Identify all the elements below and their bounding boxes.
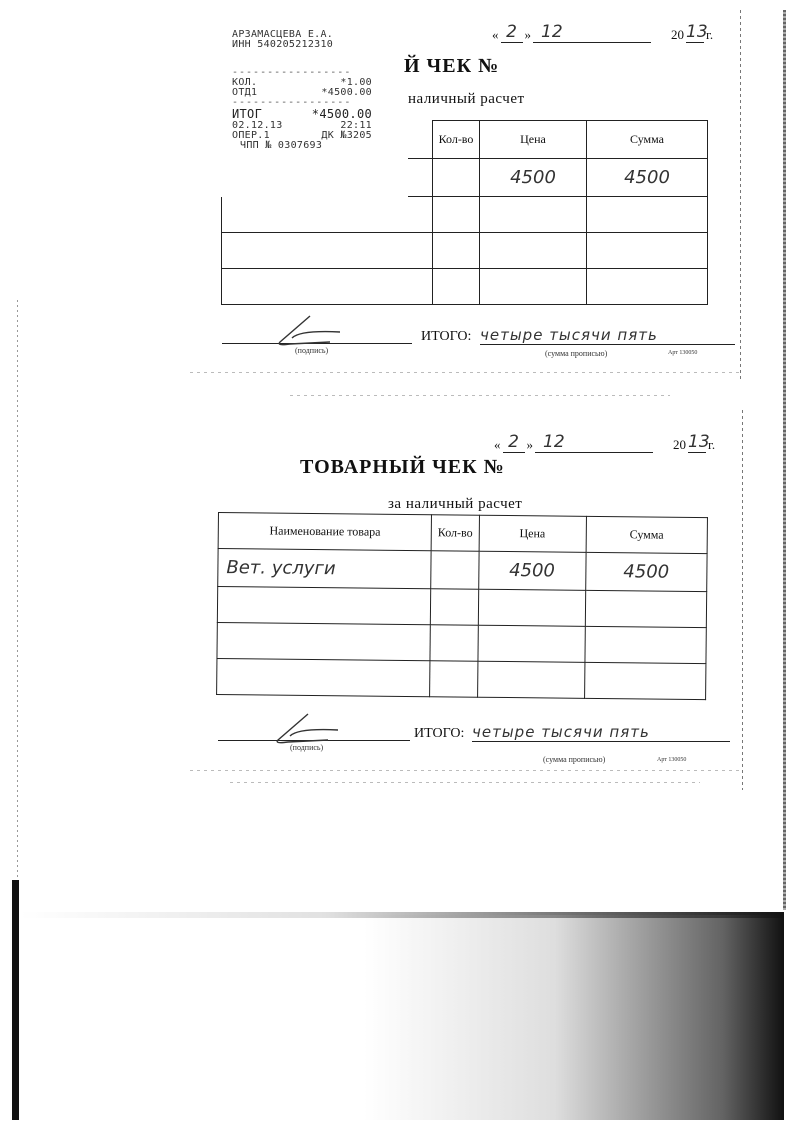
cash-register-slip: АРЗАМАСЦЕВА Е.А. ИНН 540205212310 ------… bbox=[232, 30, 372, 151]
date-month: 12 bbox=[535, 432, 653, 453]
form-code: Арт 130050 bbox=[668, 350, 697, 356]
total-in-words: четыре тысячи пять bbox=[472, 723, 730, 742]
signature-label: (подпись) bbox=[290, 743, 323, 752]
total-label: ИТОГО: bbox=[421, 329, 471, 345]
cut-line bbox=[190, 372, 740, 373]
receipt-2-title: ТОВАРНЫЙ ЧЕК № bbox=[300, 456, 505, 479]
cut-line bbox=[190, 770, 740, 771]
dept-row: ОТД1 *4500.00 bbox=[232, 88, 372, 98]
table-header: Кол-во Цена Сумма bbox=[408, 121, 708, 159]
seller-inn: ИНН 540205212310 bbox=[232, 40, 372, 50]
receipt-2-table: Наименование товара Кол-во Цена Сумма Ве… bbox=[216, 512, 708, 700]
signature-label: (подпись) bbox=[295, 346, 328, 355]
signature-mark bbox=[268, 710, 348, 746]
table-row bbox=[222, 233, 708, 269]
table-row bbox=[217, 622, 706, 663]
receipt-2-date: « 2 » 12 20 13 г. bbox=[494, 432, 715, 453]
receipt-1-table-lower bbox=[221, 196, 708, 305]
table-row: 4500 4500 bbox=[408, 159, 708, 197]
receipt-2-subtitle: за наличный расчет bbox=[388, 496, 522, 513]
scan-edge-lower-sheet bbox=[742, 410, 743, 790]
cut-line bbox=[290, 395, 670, 396]
eklz-number: ЧПП № 0307693 bbox=[232, 141, 372, 151]
table-header: Наименование товара Кол-во Цена Сумма bbox=[218, 513, 707, 554]
date-day: 2 bbox=[501, 22, 523, 43]
total-in-words: четыре тысячи пять bbox=[480, 326, 735, 345]
table-row bbox=[217, 658, 706, 699]
scan-edge-upper-sheet bbox=[740, 10, 741, 380]
receipt-1-table: Кол-во Цена Сумма 4500 4500 bbox=[408, 120, 708, 197]
cut-line bbox=[230, 782, 700, 783]
table-row bbox=[222, 197, 708, 233]
total-in-words-label: (сумма прописью) bbox=[545, 349, 607, 358]
scan-shadow-bottom bbox=[20, 915, 784, 1120]
scan-shadow-left bbox=[12, 880, 19, 1120]
receipt-1-title: Й ЧЕК № bbox=[404, 55, 499, 78]
date-month: 12 bbox=[533, 22, 651, 43]
total-label: ИТОГО: bbox=[414, 726, 464, 742]
date-year: 13 bbox=[686, 22, 704, 43]
receipt-1-subtitle: наличный расчет bbox=[408, 91, 525, 108]
form-code: Арт 130050 bbox=[657, 757, 686, 763]
date-day: 2 bbox=[503, 432, 525, 453]
total-in-words-label: (сумма прописью) bbox=[543, 755, 605, 764]
table-row bbox=[222, 269, 708, 305]
receipt-1-date: « 2 » 12 20 13 г. bbox=[492, 22, 713, 43]
scan-edge-left bbox=[17, 300, 18, 880]
table-row bbox=[217, 587, 706, 628]
signature-mark bbox=[270, 312, 350, 348]
scan-edge-right bbox=[783, 10, 786, 910]
date-year: 13 bbox=[688, 432, 706, 453]
table-row: Вет. услуги 4500 4500 bbox=[218, 549, 707, 592]
